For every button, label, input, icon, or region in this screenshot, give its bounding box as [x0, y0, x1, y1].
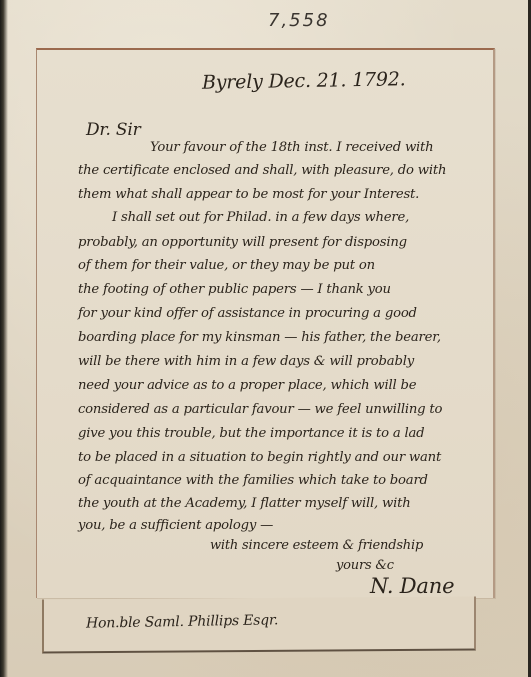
- body-line: for your kind offer of assistance in pro…: [78, 306, 417, 321]
- closing-regards: with sincere esteem & friendship: [210, 538, 423, 553]
- place-date-line: Byrely Dec. 21. 1792.: [202, 68, 406, 94]
- body-line: considered as a particular favour — we f…: [78, 402, 442, 417]
- body-line: probably, an opportunity will present fo…: [78, 235, 407, 250]
- body-line: give you this trouble, but the importanc…: [78, 426, 424, 441]
- body-line: to be placed in a situation to begin rig…: [78, 450, 441, 465]
- body-line: them what shall appear to be most for yo…: [78, 187, 419, 202]
- recipient-address: Hon.ble Saml. Phillips Esqr.: [86, 612, 278, 631]
- body-line: need your advice as to a proper place, w…: [78, 378, 416, 393]
- body-line: of acquaintance with the families which …: [78, 473, 428, 488]
- body-line: I shall set out for Philad. in a few day…: [112, 210, 409, 225]
- body-line: will be there with him in a few days & w…: [78, 354, 414, 369]
- catalog-number: 7,558: [268, 10, 330, 31]
- body-line: of them for their value, or they may be …: [78, 258, 375, 273]
- body-line: Your favour of the 18th inst. I received…: [150, 140, 433, 155]
- body-line: the footing of other public papers — I t…: [78, 282, 391, 297]
- closing-yours: yours &c: [336, 558, 394, 573]
- scan-edge-shadow-left: [0, 0, 8, 677]
- body-line: the certificate enclosed and shall, with…: [78, 163, 446, 178]
- salutation: Dr. Sir: [86, 120, 141, 140]
- body-line: boarding place for my kinsman — his fath…: [78, 330, 441, 345]
- body-line: the youth at the Academy, I flatter myse…: [78, 496, 411, 511]
- signature: N. Dane: [370, 574, 454, 598]
- body-line: you, be a sufficient apology —: [78, 518, 273, 533]
